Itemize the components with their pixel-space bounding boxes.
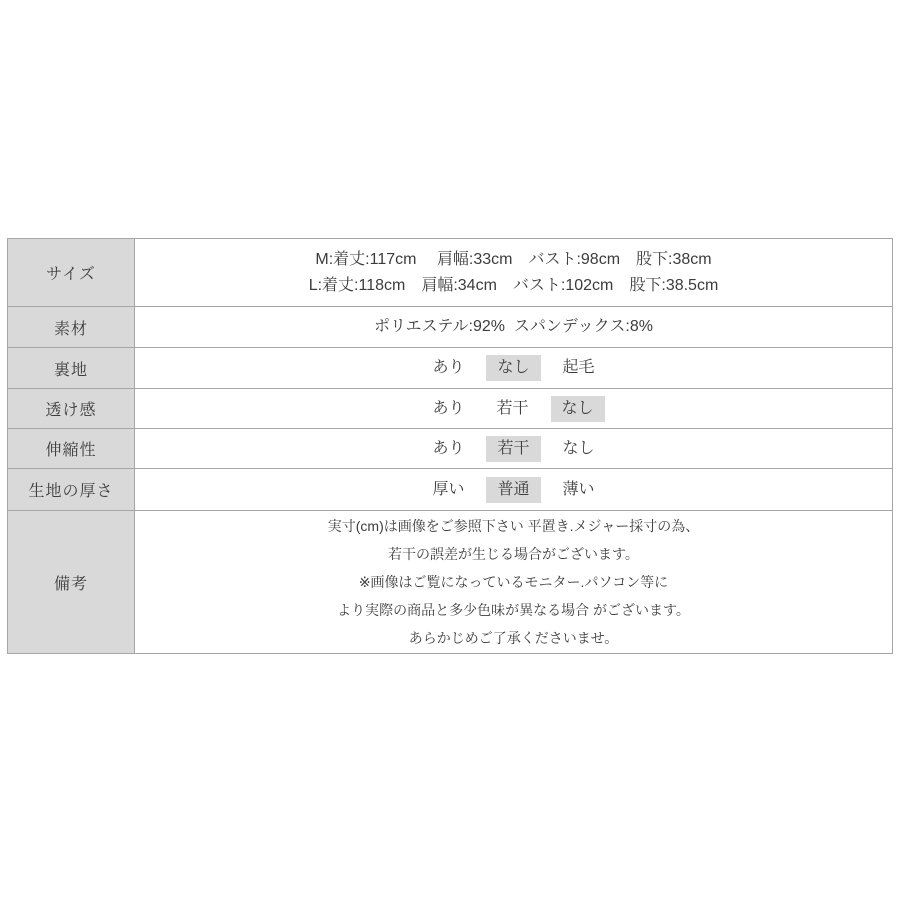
sheerness-option-ari: あり [432,399,464,419]
table-row-material: 素材 ポリエステル:92% スパンデックス:8% [8,307,892,348]
product-spec-table: サイズ M:着丈:117cm 肩幅:33cm バスト:98cm 股下:38cm … [7,238,893,654]
row-label-notes: 備考 [8,511,135,653]
stretch-option-ari: あり [432,439,464,459]
material-line: ポリエステル:92% スパンデックス:8% [374,314,653,340]
sheerness-option-nashi: なし [551,396,605,422]
lining-option-nashi: なし [486,355,540,381]
row-label-stretch: 伸縮性 [8,429,135,468]
thickness-option-usui: 薄い [563,480,595,500]
row-label-size: サイズ [8,239,135,306]
size-line-l: L:着丈:118cm 肩幅:34cm バスト:102cm 股下:38.5cm [309,273,719,299]
note-line-1: 実寸(cm)は画像をご参照下さい 平置き.メジャー採寸の為、 [328,512,699,540]
row-value-thickness: 厚い 普通 薄い [135,469,892,510]
row-value-notes: 実寸(cm)は画像をご参照下さい 平置き.メジャー採寸の為、 若干の誤差が生じる… [135,511,892,653]
note-line-4: より実際の商品と多少色味が異なる場合 がございます。 [337,596,690,624]
note-line-5: あらかじめご了承くださいませ。 [409,624,619,652]
stretch-option-jakkan: 若干 [486,436,540,462]
row-value-stretch: あり 若干 なし [135,429,892,468]
row-label-sheerness: 透け感 [8,389,135,428]
lining-option-kimou: 起毛 [563,358,595,378]
table-row-sheerness: 透け感 あり 若干 なし [8,389,892,429]
thickness-option-futsuu: 普通 [486,477,540,503]
lining-option-ari: あり [432,358,464,378]
row-label-thickness: 生地の厚さ [8,469,135,510]
row-label-lining: 裏地 [8,348,135,388]
stretch-option-nashi: なし [563,439,595,459]
size-line-m: M:着丈:117cm 肩幅:33cm バスト:98cm 股下:38cm [315,247,711,273]
row-value-size: M:着丈:117cm 肩幅:33cm バスト:98cm 股下:38cm L:着丈… [135,239,892,306]
table-row-notes: 備考 実寸(cm)は画像をご参照下さい 平置き.メジャー採寸の為、 若干の誤差が… [8,511,892,653]
row-value-material: ポリエステル:92% スパンデックス:8% [135,307,892,347]
sheerness-option-jakkan: 若干 [496,399,528,419]
note-line-2: 若干の誤差が生じる場合がございます。 [388,540,639,568]
row-value-sheerness: あり 若干 なし [135,389,892,428]
thickness-option-atsui: 厚い [432,480,464,500]
table-row-size: サイズ M:着丈:117cm 肩幅:33cm バスト:98cm 股下:38cm … [8,239,892,307]
row-value-lining: あり なし 起毛 [135,348,892,388]
row-label-material: 素材 [8,307,135,347]
table-row-lining: 裏地 あり なし 起毛 [8,348,892,389]
table-row-stretch: 伸縮性 あり 若干 なし [8,429,892,469]
table-row-thickness: 生地の厚さ 厚い 普通 薄い [8,469,892,511]
note-line-3: ※画像はご覧になっているモニター.パソコン等に [359,568,668,596]
